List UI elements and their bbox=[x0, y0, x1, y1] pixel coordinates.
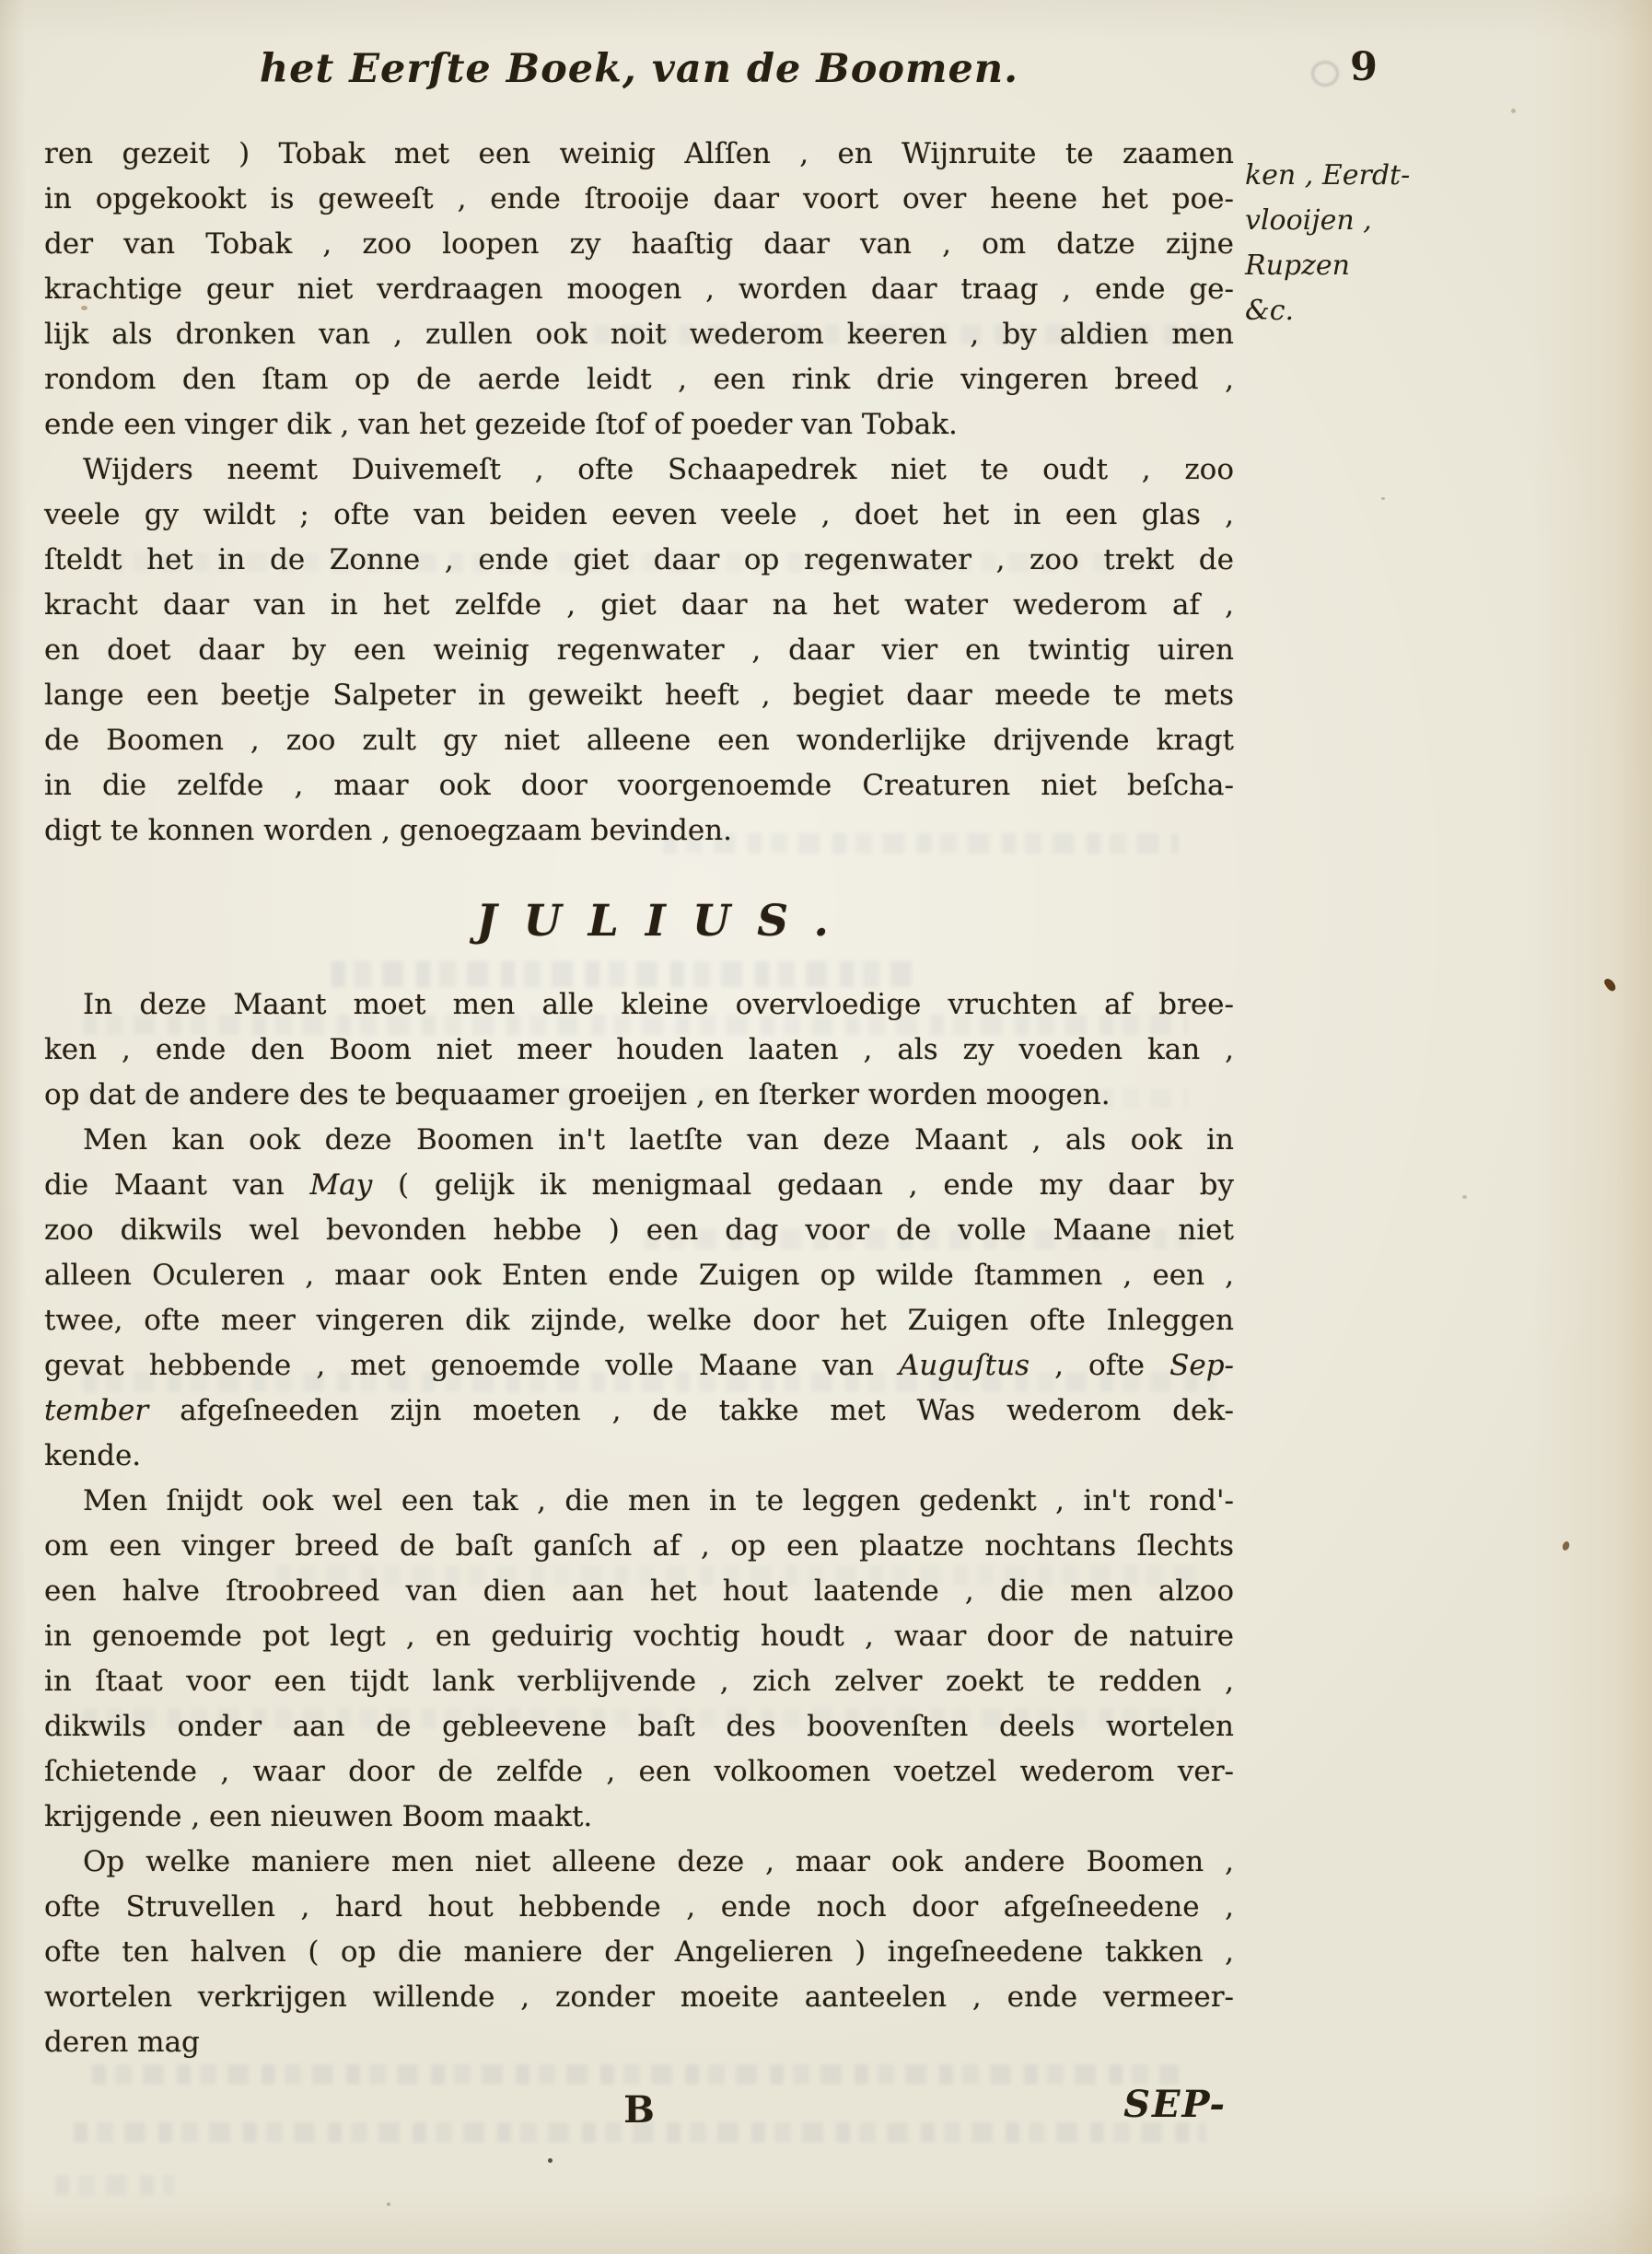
text-line: ſteldt het in de Zonne , ende giet daar … bbox=[44, 538, 1234, 583]
text-line: digt te konnen worden , genoegzaam bevin… bbox=[44, 808, 1234, 854]
margin-note-line: ken , Eerdt- bbox=[1245, 153, 1457, 198]
text-line: kracht daar van in het zelfde , giet daa… bbox=[44, 583, 1234, 628]
italic-word: May bbox=[309, 1168, 372, 1202]
text-line: in ſtaat voor een tijdt lank verblijvend… bbox=[44, 1659, 1234, 1704]
margin-note-line: vlooijen , bbox=[1245, 198, 1457, 243]
text-line: gevat hebbende , met genoemde volle Maan… bbox=[44, 1343, 1234, 1388]
text-line: Men kan ook deze Boomen in't laetſte van… bbox=[44, 1118, 1234, 1163]
text-line: om een vinger breed de baſt ganſch af , … bbox=[44, 1524, 1234, 1569]
bleedthrough-ghost bbox=[92, 2064, 1179, 2085]
bleedthrough-ghost bbox=[55, 2175, 175, 2195]
book-page: het Eerſte Boek, van de Boomen. 9 ken , … bbox=[0, 0, 1652, 2254]
text-body: ren gezeit ) Tobak met een weinig Alſſen… bbox=[44, 132, 1234, 2065]
margin-note: ken , Eerdt-vlooijen ,Rupzen&c. bbox=[1245, 153, 1457, 333]
text-line: alleen Oculeren , maar ook Enten ende Zu… bbox=[44, 1253, 1234, 1298]
paragraph: Wijders neemt Duivemeſt , ofte Schaapedr… bbox=[44, 447, 1234, 854]
paragraph: Men ſnijdt ook wel een tak , die men in … bbox=[44, 1479, 1234, 1840]
paragraph: Op welke maniere men niet alleene deze ,… bbox=[44, 1840, 1234, 2065]
paper-speck bbox=[1462, 1195, 1467, 1199]
paper-speck bbox=[1603, 977, 1618, 993]
text-line: deren mag bbox=[44, 2020, 1234, 2065]
text-line: lijk als dronken van , zullen ook noit w… bbox=[44, 312, 1234, 357]
running-title: het Eerſte Boek, van de Boomen. bbox=[44, 46, 1234, 92]
paper-speck bbox=[1511, 109, 1516, 113]
text-line: krijgende , een nieuwen Boom maakt. bbox=[44, 1795, 1234, 1840]
text-line: dikwils onder aan de gebleevene baſt des… bbox=[44, 1704, 1234, 1749]
section-heading-julius: JULIUS. bbox=[44, 894, 1261, 949]
text-line: Men ſnijdt ook wel een tak , die men in … bbox=[44, 1479, 1234, 1524]
text-line: een halve ſtroobreed van dien aan het ho… bbox=[44, 1569, 1234, 1614]
text-line: tember afgeſneeden zijn moeten , de takk… bbox=[44, 1388, 1234, 1434]
text-line: der van Tobak , zoo loopen zy haaſtig da… bbox=[44, 222, 1234, 267]
paper-speck bbox=[1562, 1540, 1571, 1551]
paragraphs-top: ren gezeit ) Tobak met een weinig Alſſen… bbox=[44, 132, 1234, 854]
text-line: die Maant van May ( gelijk ik menigmaal … bbox=[44, 1163, 1234, 1208]
paper-speck bbox=[548, 2158, 553, 2163]
paper-speck bbox=[1381, 497, 1385, 500]
text-line: Op welke maniere men niet alleene deze ,… bbox=[44, 1840, 1234, 1885]
margin-note-line: Rupzen bbox=[1245, 243, 1457, 288]
italic-word: tember bbox=[44, 1394, 148, 1427]
text-line: ende een vinger dik , van het gezeide ſt… bbox=[44, 402, 1234, 447]
text-line: ſchietende , waar door de zelfde , een v… bbox=[44, 1749, 1234, 1795]
text-line: op dat de andere des te bequaamer groeij… bbox=[44, 1073, 1234, 1118]
margin-note-line: &c. bbox=[1245, 288, 1457, 333]
paragraph: Men kan ook deze Boomen in't laetſte van… bbox=[44, 1118, 1234, 1479]
text-line: wortelen verkrijgen willende , zonder mo… bbox=[44, 1975, 1234, 2020]
text-line: ofte ten halven ( op die maniere der Ang… bbox=[44, 1930, 1234, 1975]
text-line: ren gezeit ) Tobak met een weinig Alſſen… bbox=[44, 132, 1234, 177]
text-line: lange een beetje Salpeter in geweikt hee… bbox=[44, 673, 1234, 718]
paragraph: In deze Maant moet men alle kleine overv… bbox=[44, 982, 1234, 1118]
text-line: in die zelfde , maar ook door voorgenoem… bbox=[44, 763, 1234, 808]
text-line: ofte Struvellen , hard hout hebbende , e… bbox=[44, 1885, 1234, 1930]
italic-word: Sep- bbox=[1169, 1349, 1234, 1382]
text-line: krachtige geur niet verdraagen moogen , … bbox=[44, 267, 1234, 312]
catchword: SEP- bbox=[1123, 2083, 1227, 2126]
signature-mark: B bbox=[44, 2088, 1234, 2132]
page-number: 9 bbox=[1350, 44, 1378, 90]
text-line: kende. bbox=[44, 1434, 1234, 1479]
italic-word: Auguſtus bbox=[899, 1349, 1030, 1382]
text-line: veele gy wildt ; ofte van beiden eeven v… bbox=[44, 493, 1234, 538]
text-line: rondom den ſtam op de aerde leidt , een … bbox=[44, 357, 1234, 402]
text-line: Wijders neemt Duivemeſt , ofte Schaapedr… bbox=[44, 447, 1234, 493]
text-line: en doet daar by een weinig regenwater , … bbox=[44, 628, 1234, 673]
paragraph: ren gezeit ) Tobak met een weinig Alſſen… bbox=[44, 132, 1234, 447]
ink-smudge-ring bbox=[1311, 61, 1339, 87]
paragraphs-bottom: In deze Maant moet men alle kleine overv… bbox=[44, 982, 1234, 2065]
text-line: In deze Maant moet men alle kleine overv… bbox=[44, 982, 1234, 1028]
text-line: in genoemde pot legt , en geduirig vocht… bbox=[44, 1614, 1234, 1659]
text-line: ken , ende den Boom niet meer houden laa… bbox=[44, 1028, 1234, 1073]
text-line: zoo dikwils wel bevonden hebbe ) een dag… bbox=[44, 1208, 1234, 1253]
text-line: de Boomen , zoo zult gy niet alleene een… bbox=[44, 718, 1234, 763]
text-line: in opgekookt is geweeſt , ende ſtrooije … bbox=[44, 177, 1234, 222]
paper-speck bbox=[387, 2202, 390, 2206]
text-line: twee, ofte meer vingeren dik zijnde, wel… bbox=[44, 1298, 1234, 1343]
